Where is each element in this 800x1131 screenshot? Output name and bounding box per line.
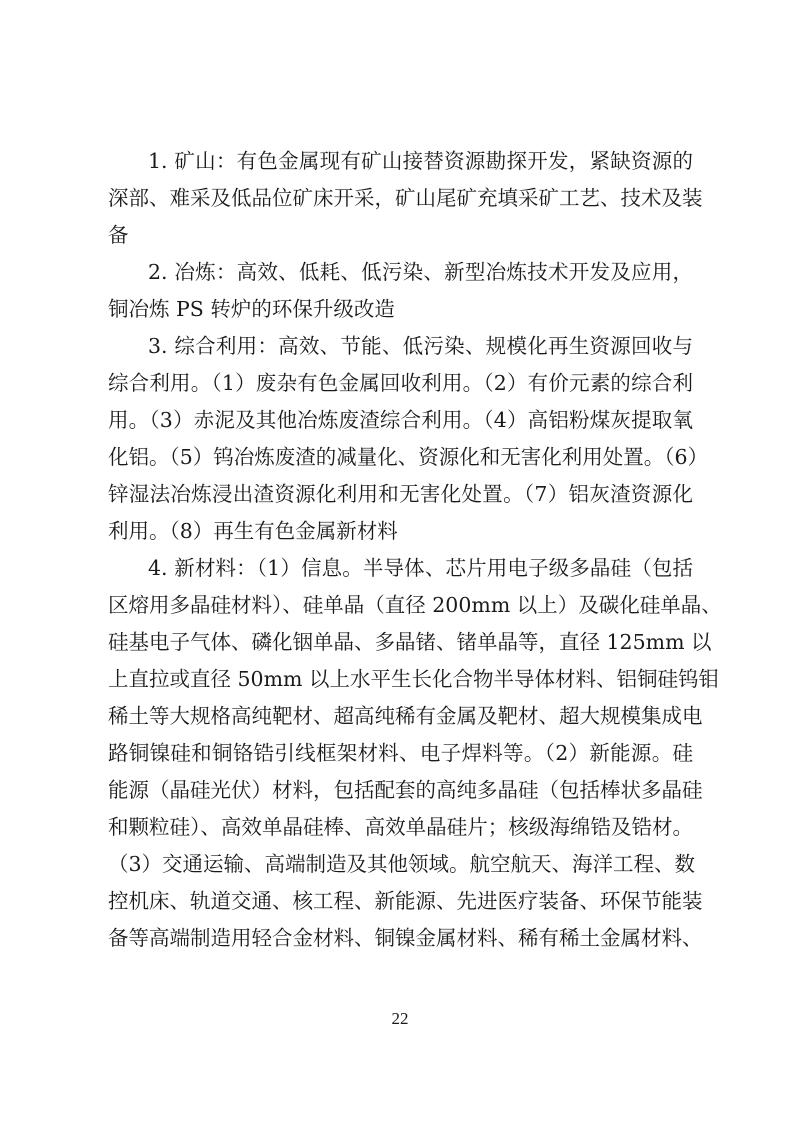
- text-line: 2. 冶炼：高效、低耗、低污染、新型冶炼技术开发及应用，: [108, 254, 693, 291]
- text-line: 用。（3）赤泥及其他冶炼废渣综合利用。（4）高铝粉煤灰提取氧: [108, 402, 693, 439]
- text-line: 3. 综合利用：高效、节能、低污染、规模化再生资源回收与: [108, 328, 693, 365]
- text-line: 4. 新材料：（1）信息。半导体、芯片用电子级多晶硅（包括: [108, 550, 693, 587]
- paragraph-smelting: 2. 冶炼：高效、低耗、低污染、新型冶炼技术开发及应用， 铜冶炼 PS 转炉的环…: [108, 254, 693, 328]
- text-line: 综合利用。（1）废杂有色金属回收利用。（2）有价元素的综合利: [108, 365, 693, 402]
- paragraph-comprehensive-utilization: 3. 综合利用：高效、节能、低污染、规模化再生资源回收与 综合利用。（1）废杂有…: [108, 328, 693, 550]
- page-number: 22: [0, 1009, 800, 1029]
- text-line: 化铝。（5）钨冶炼废渣的减量化、资源化和无害化利用处置。（6）: [108, 439, 693, 476]
- document-page: 1. 矿山：有色金属现有矿山接替资源勘探开发，紧缺资源的 深部、难采及低品位矿床…: [0, 0, 800, 1131]
- text-line: 区熔用多晶硅材料）、硅单晶（直径 200mm 以上）及碳化硅单晶、: [108, 587, 693, 624]
- text-line: 和颗粒硅）、高效单晶硅棒、高效单晶硅片；核级海绵锆及锆材。: [108, 809, 693, 846]
- text-line: 深部、难采及低品位矿床开采，矿山尾矿充填采矿工艺、技术及装: [108, 180, 693, 217]
- paragraph-new-materials: 4. 新材料：（1）信息。半导体、芯片用电子级多晶硅（包括 区熔用多晶硅材料）、…: [108, 550, 693, 957]
- text-line: 铜冶炼 PS 转炉的环保升级改造: [108, 291, 693, 328]
- text-line: 备等高端制造用轻合金材料、铜镍金属材料、稀有稀土金属材料、: [108, 920, 693, 957]
- text-line: 锌湿法冶炼浸出渣资源化利用和无害化处置。（7）铝灰渣资源化: [108, 476, 693, 513]
- paragraph-mining: 1. 矿山：有色金属现有矿山接替资源勘探开发，紧缺资源的 深部、难采及低品位矿床…: [108, 143, 693, 254]
- text-line: 备: [108, 217, 693, 254]
- text-line: 控机床、轨道交通、核工程、新能源、先进医疗装备、环保节能装: [108, 883, 693, 920]
- text-line: 能源（晶硅光伏）材料，包括配套的高纯多晶硅（包括棒状多晶硅: [108, 772, 693, 809]
- text-line: 稀土等大规格高纯靶材、超高纯稀有金属及靶材、超大规模集成电: [108, 698, 693, 735]
- text-line: 硅基电子气体、磷化铟单晶、多晶锗、锗单晶等，直径 125mm 以: [108, 624, 693, 661]
- text-line: （3）交通运输、高端制造及其他领域。航空航天、海洋工程、数: [108, 846, 693, 883]
- document-body: 1. 矿山：有色金属现有矿山接替资源勘探开发，紧缺资源的 深部、难采及低品位矿床…: [108, 143, 693, 957]
- text-line: 上直拉或直径 50mm 以上水平生长化合物半导体材料、铝铜硅钨钼: [108, 661, 693, 698]
- text-line: 路铜镍硅和铜铬锆引线框架材料、电子焊料等。（2）新能源。硅: [108, 735, 693, 772]
- text-line: 1. 矿山：有色金属现有矿山接替资源勘探开发，紧缺资源的: [108, 143, 693, 180]
- text-line: 利用。（8）再生有色金属新材料: [108, 513, 693, 550]
